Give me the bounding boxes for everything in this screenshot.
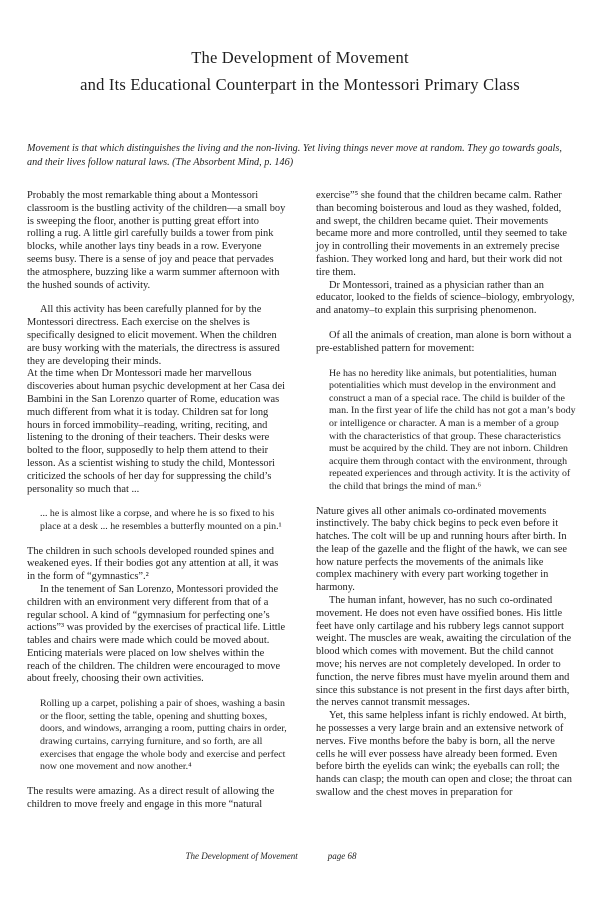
paragraph: All this activity has been carefully pla… — [27, 304, 287, 368]
page-footer: The Development of Movementpage 68 — [0, 851, 542, 862]
page-title-line-1: The Development of Movement — [0, 44, 600, 71]
block-quote: Rolling up a carpet, polishing a pair of… — [27, 698, 287, 774]
left-column: Probably the most remarkable thing about… — [27, 190, 287, 811]
footer-running-title: The Development of Movement — [186, 851, 298, 861]
paragraph: The children in such schools developed r… — [27, 546, 287, 584]
paragraph: Nature gives all other animals co-ordina… — [316, 506, 576, 596]
document-page: The Development of Movement and Its Educ… — [0, 0, 600, 900]
epigraph-quote: Movement is that which distinguishes the… — [27, 142, 575, 170]
paragraph: At the time when Dr Montessori made her … — [27, 368, 287, 496]
right-column: exercise”⁵ she found that the children b… — [316, 190, 576, 811]
paragraph: Probably the most remarkable thing about… — [27, 190, 287, 292]
footer-page-number: page 68 — [328, 851, 357, 861]
paragraph: The results were amazing. As a direct re… — [27, 786, 287, 812]
paragraph: Yet, this same helpless infant is richly… — [316, 710, 576, 800]
paragraph: exercise”⁵ she found that the children b… — [316, 190, 576, 280]
text-columns: Probably the most remarkable thing about… — [27, 190, 576, 811]
page-title-line-2: and Its Educational Counterpart in the M… — [0, 71, 600, 98]
paragraph: Dr Montessori, trained as a physician ra… — [316, 280, 576, 318]
paragraph: The human infant, however, has no such c… — [316, 595, 576, 710]
page-title: The Development of Movement and Its Educ… — [0, 44, 600, 98]
block-quote: He has no heredity like animals, but pot… — [316, 368, 576, 494]
paragraph: Of all the animals of creation, man alon… — [316, 330, 576, 356]
paragraph: In the tenement of San Lorenzo, Montesso… — [27, 584, 287, 686]
block-quote: ... he is almost like a corpse, and wher… — [27, 508, 287, 533]
